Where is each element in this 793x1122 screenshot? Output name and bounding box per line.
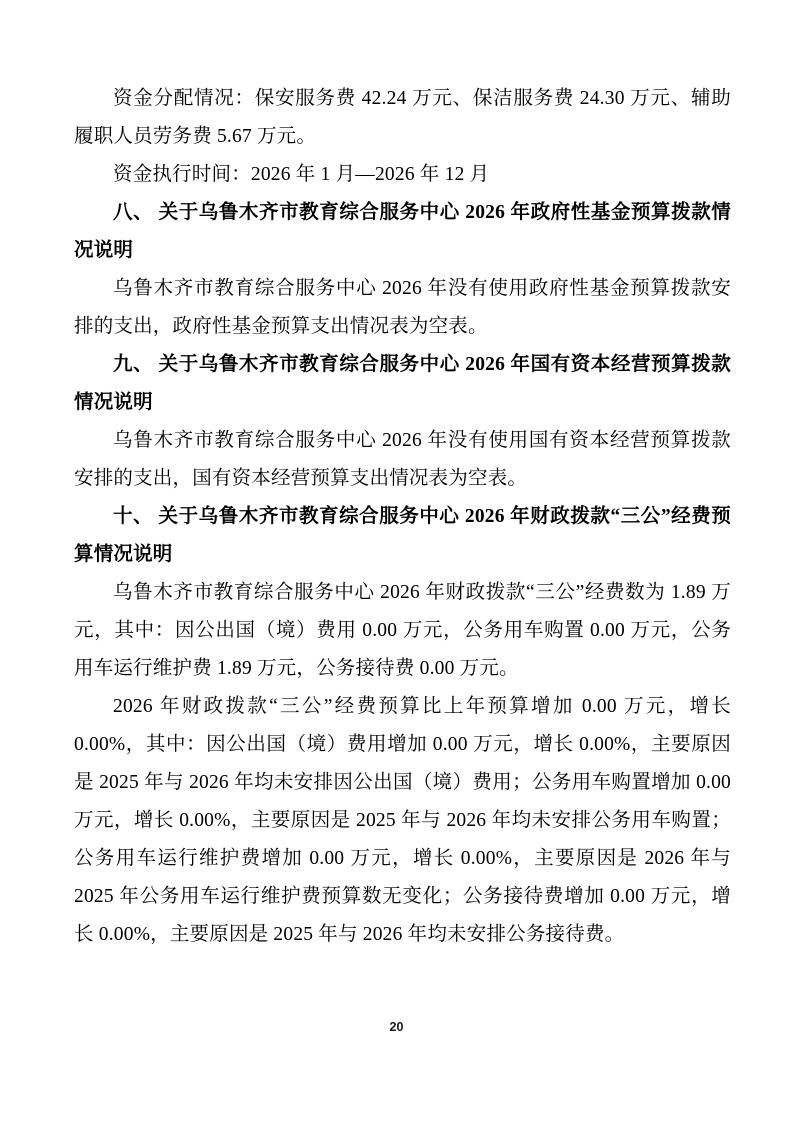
section-heading: 八、 关于乌鲁木齐市教育综合服务中心 2026 年政府性基金预算拨款情况说明 [74,194,731,270]
section-heading: 九、 关于乌鲁木齐市教育综合服务中心 2026 年国有资本经营预算拨款情况说明 [74,346,731,422]
page-number: 20 [0,1020,793,1034]
paragraph: 资金执行时间：2026 年 1 月—2026 年 12 月 [74,156,731,194]
document-body: 资金分配情况：保安服务费 42.24 万元、保洁服务费 24.30 万元、辅助履… [74,80,731,954]
paragraph: 2026 年财政拨款“三公”经费预算比上年预算增加 0.00 万元，增长 0.0… [74,688,731,954]
section-heading: 十、 关于乌鲁木齐市教育综合服务中心 2026 年财政拨款“三公”经费预算情况说… [74,498,731,574]
paragraph: 乌鲁木齐市教育综合服务中心 2026 年财政拨款“三公”经费数为 1.89 万元… [74,574,731,688]
paragraph: 乌鲁木齐市教育综合服务中心 2026 年没有使用政府性基金预算拨款安排的支出，政… [74,270,731,346]
paragraph: 资金分配情况：保安服务费 42.24 万元、保洁服务费 24.30 万元、辅助履… [74,80,731,156]
document-page: 资金分配情况：保安服务费 42.24 万元、保洁服务费 24.30 万元、辅助履… [0,0,793,1122]
paragraph: 乌鲁木齐市教育综合服务中心 2026 年没有使用国有资本经营预算拨款安排的支出，… [74,422,731,498]
